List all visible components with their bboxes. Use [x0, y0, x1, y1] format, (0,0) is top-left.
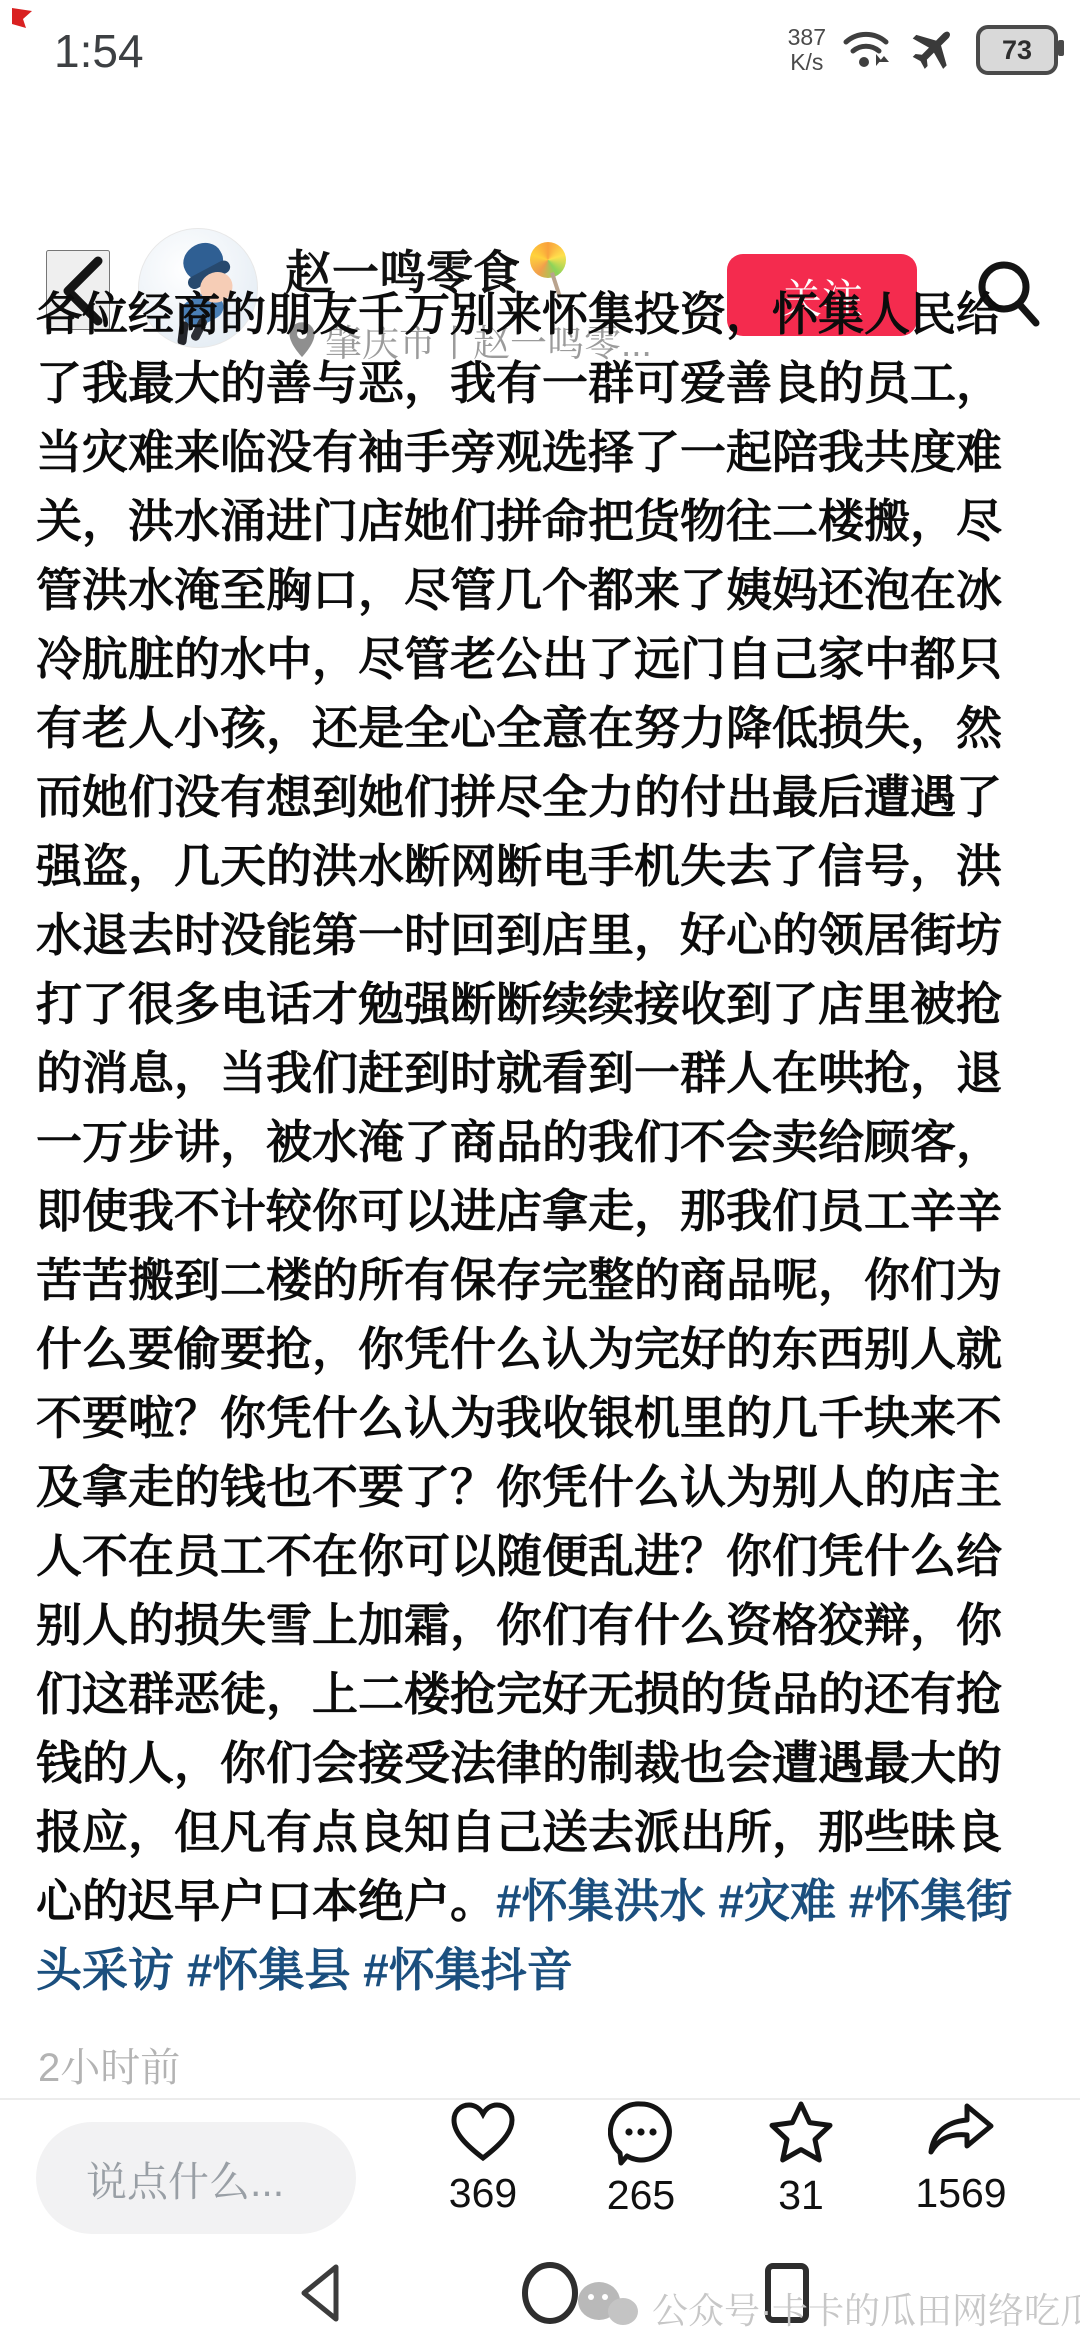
clock-time: 1:54 — [54, 24, 144, 78]
comment-bubble-icon — [608, 2100, 674, 2166]
post-text-line-mixed: 心的迟早户口本绝户。#怀集洪水 #灾难 #怀集街 — [36, 1867, 1046, 1936]
post-text-line: 打了很多电话才勉强断断续续接收到了店里被抢 — [36, 970, 1046, 1039]
post-text-line: 人不在员工不在你可以随便乱进？你们凭什么给 — [36, 1522, 1046, 1591]
action-bar: 说点什么... 369 265 31 1569 — [0, 2100, 1080, 2250]
post-text-lines: 各位经商的朋友千万别来怀集投资，怀集人民给了我最大的善与恶，我有一群可爱善良的员… — [36, 280, 1046, 1867]
hashtags-line2[interactable]: 头采访 #怀集县 #怀集抖音 — [36, 1936, 1046, 2005]
battery-level: 73 — [1002, 35, 1032, 66]
post-text-line: 不要啦？你凭什么认为我收银机里的几千块来不 — [36, 1384, 1046, 1453]
post-text-line: 的消息，当我们赶到时就看到一群人在哄抢，退 — [36, 1039, 1046, 1108]
post-text-line: 水退去时没能第一时回到店里，好心的领居街坊 — [36, 901, 1046, 970]
nav-home-circle-icon — [519, 2260, 581, 2326]
post-text-line: 及拿走的钱也不要了？你凭什么认为别人的店主 — [36, 1453, 1046, 1522]
post-header: 赵一鸣零食 肇庆市丨赵一鸣零... 关注 — [0, 108, 1080, 268]
airplane-mode-icon — [910, 23, 960, 78]
post-text-line: 一万步讲，被水淹了商品的我们不会卖给顾客， — [36, 1108, 1046, 1177]
app-screen: { "status_bar": { "time": "1:54", "netwo… — [0, 0, 1080, 2340]
nav-back-button[interactable] — [275, 2254, 365, 2334]
network-speed-unit: K/s — [788, 50, 826, 75]
comment-button[interactable]: 265 — [566, 2100, 716, 2250]
favorite-button[interactable]: 31 — [726, 2100, 876, 2250]
post-text-line: 即使我不计较你可以进店拿走，那我们员工辛辛 — [36, 1177, 1046, 1246]
post-text-line: 什么要偷要抢，你凭什么认为完好的东西别人就 — [36, 1315, 1046, 1384]
post-text-line: 管洪水淹至胸口，尽管几个都来了姨妈还泡在冰 — [36, 556, 1046, 625]
post-text-tail: 心的迟早户口本绝户。 — [36, 1875, 496, 1927]
network-speed-value: 387 — [788, 25, 826, 50]
post-text-line: 当灾难来临没有袖手旁观选择了一起陪我共度难 — [36, 418, 1046, 487]
system-nav-bar: 公众号·卡卡的瓜田网络吃瓜之家 — [0, 2240, 1080, 2340]
comment-input[interactable]: 说点什么... — [36, 2122, 356, 2234]
star-icon — [767, 2100, 835, 2166]
favorite-count: 31 — [778, 2172, 824, 2219]
nav-recents-square-icon — [760, 2260, 814, 2326]
nav-recents-button[interactable] — [742, 2254, 832, 2334]
nav-home-button[interactable] — [505, 2254, 595, 2334]
comment-count: 265 — [607, 2172, 675, 2219]
post-text-line: 强盗，几天的洪水断网断电手机失去了信号，洪 — [36, 832, 1046, 901]
like-button[interactable]: 369 — [408, 2100, 558, 2250]
post-text-line: 有老人小孩，还是全心全意在努力降低损失，然 — [36, 694, 1046, 763]
hashtags-line1[interactable]: #怀集洪水 #灾难 #怀集街 — [496, 1875, 1012, 1927]
post-text-line: 们这群恶徒，上二楼抢完好无损的货品的还有抢 — [36, 1660, 1046, 1729]
post-text-line: 报应，但凡有点良知自己送去派出所，那些昧良 — [36, 1798, 1046, 1867]
battery-icon: 73 — [976, 25, 1058, 75]
post-text-line: 各位经商的朋友千万别来怀集投资，怀集人民给 — [36, 280, 1046, 349]
status-bar: 1:54 387 K/s 73 — [0, 0, 1080, 100]
battery-nub — [1058, 40, 1064, 56]
nav-back-triangle-icon — [292, 2261, 348, 2325]
share-count: 1569 — [915, 2170, 1006, 2217]
wifi-icon — [842, 24, 894, 77]
network-speed: 387 K/s — [788, 25, 826, 75]
status-icons-group: 387 K/s 73 — [788, 18, 1058, 82]
watermark-text: 公众号·卡卡的瓜田网络吃瓜之家 — [652, 2283, 1080, 2334]
post-text-line: 了我最大的善与恶，我有一群可爱善良的员工， — [36, 349, 1046, 418]
screen-corner-red-mark — [12, 8, 32, 28]
post-text: 各位经商的朋友千万别来怀集投资，怀集人民给了我最大的善与恶，我有一群可爱善良的员… — [36, 280, 1046, 2005]
post-text-line: 苦苦搬到二楼的所有保存完整的商品呢，你们为 — [36, 1246, 1046, 1315]
heart-icon — [448, 2100, 518, 2164]
post-text-line: 别人的损失雪上加霜，你们有什么资格狡辩，你 — [36, 1591, 1046, 1660]
post-text-line: 关，洪水涌进门店她们拼命把货物往二楼搬，尽 — [36, 487, 1046, 556]
post-timestamp: 2小时前 — [38, 2036, 180, 2093]
share-arrow-icon — [925, 2100, 997, 2164]
post-text-line: 而她们没有想到她们拼尽全力的付出最后遭遇了 — [36, 763, 1046, 832]
share-button[interactable]: 1569 — [886, 2100, 1036, 2250]
like-count: 369 — [449, 2170, 517, 2217]
post-text-line: 冷肮脏的水中，尽管老公出了远门自己家中都只 — [36, 625, 1046, 694]
post-text-line: 钱的人，你们会接受法律的制裁也会遭遇最大的 — [36, 1729, 1046, 1798]
